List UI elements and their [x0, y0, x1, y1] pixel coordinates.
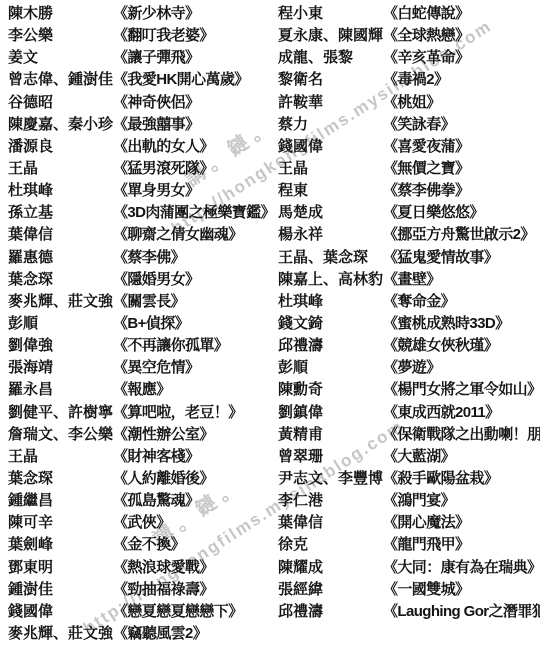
film-title: 《蔡李佛》: [113, 247, 185, 269]
director-name: 葉劍峰: [0, 534, 113, 556]
film-title: 《猛鬼愛情故事》: [383, 247, 498, 269]
film-title: 《神奇俠侶》: [113, 92, 199, 114]
director-name: 鍾澍佳: [0, 579, 113, 601]
director-name: 杜琪峰: [270, 291, 383, 313]
director-name: 麥兆輝、莊文強: [0, 623, 113, 645]
list-item: 葉劍峰《金不換》: [0, 534, 270, 556]
list-item: 陳勳奇《楊門女將之軍令如山》: [270, 379, 540, 401]
list-item: 羅永昌《報應》: [0, 379, 270, 401]
director-name: 張經緯: [270, 579, 383, 601]
film-list-column-right: 程小東《白蛇傳說》夏永康、陳國輝《全球熱戀》成龍、張黎《辛亥革命》黎衛名《毒禍2…: [270, 3, 540, 645]
film-title: 《孤島驚魂》: [113, 490, 199, 512]
film-title: 《潮性辦公室》: [113, 424, 214, 446]
director-name: 孫立基: [0, 202, 113, 224]
director-name: 葉偉信: [270, 512, 383, 534]
list-item: 潘源良《出軌的女人》: [0, 136, 270, 158]
director-name: 鄧東明: [0, 557, 113, 579]
film-list-document: 陳木勝《新少林寺》李公樂《翻叮我老婆》姜文《讓子彈飛》曾志偉、鍾澍佳《我愛HK開…: [0, 3, 540, 645]
film-title: 《鴻門宴》: [383, 490, 455, 512]
director-name: 許鞍華: [270, 92, 383, 114]
list-item: 徐克《龍門飛甲》: [270, 534, 540, 556]
film-title: 《大同：康有為在瑞典》: [383, 557, 540, 579]
director-name: 錢文錡: [270, 313, 383, 335]
list-item: 夏永康、陳國輝《全球熱戀》: [270, 25, 540, 47]
film-title: 《畫壁》: [383, 269, 441, 291]
director-name: 陳可辛: [0, 512, 113, 534]
list-item: 程東《蔡李佛拳》: [270, 180, 540, 202]
director-name: 楊永祥: [270, 224, 383, 246]
director-name: 葉偉信: [0, 224, 113, 246]
film-title: 《我愛HK開心萬歲》: [113, 69, 249, 91]
list-item: 李仁港《鴻門宴》: [270, 490, 540, 512]
list-item: 黃精甫《保衛戰隊之出動喇！朋友！》: [270, 424, 540, 446]
director-name: 黎衛名: [270, 69, 383, 91]
film-title: 《異空危情》: [113, 357, 199, 379]
director-name: 蔡力: [270, 114, 383, 136]
film-title: 《不再讓你孤單》: [113, 335, 228, 357]
director-name: 馬楚成: [270, 202, 383, 224]
list-item: 王晶《財神客棧》: [0, 446, 270, 468]
list-item: 蔡力《笑詠春》: [270, 114, 540, 136]
director-name: 錢國偉: [270, 136, 383, 158]
director-name: 錢國偉: [0, 601, 113, 623]
list-item: 程小東《白蛇傳說》: [270, 3, 540, 25]
film-title: 《殺手歐陽盆栽》: [383, 468, 498, 490]
list-item: 劉鎮偉《東成西就2011》: [270, 402, 540, 424]
list-item: 錢國偉《喜愛夜蒲》: [270, 136, 540, 158]
film-title: 《笑詠春》: [383, 114, 455, 136]
list-item: 尹志文、李豐博《殺手歐陽盆栽》: [270, 468, 540, 490]
film-title: 《人約離婚後》: [113, 468, 214, 490]
director-name: 詹瑞文、李公樂: [0, 424, 113, 446]
film-title: 《挪亞方舟驚世啟示2》: [383, 224, 535, 246]
director-name: 杜琪峰: [0, 180, 113, 202]
film-title: 《全球熱戀》: [383, 25, 469, 47]
director-name: 葉念琛: [0, 269, 113, 291]
director-name: 潘源良: [0, 136, 113, 158]
film-title: 《夢遊》: [383, 357, 441, 379]
director-name: 王晶: [0, 158, 113, 180]
film-title: 《東成西就2011》: [383, 402, 500, 424]
film-title: 《Laughing Gor之潛罪犯》: [383, 601, 540, 623]
list-item: 葉念琛《人約離婚後》: [0, 468, 270, 490]
film-title: 《無價之寶》: [383, 158, 469, 180]
director-name: 李仁港: [270, 490, 383, 512]
director-name: 羅惠德: [0, 247, 113, 269]
film-title: 《猛男滾死隊》: [113, 158, 214, 180]
film-list-column-left: 陳木勝《新少林寺》李公樂《翻叮我老婆》姜文《讓子彈飛》曾志偉、鍾澍佳《我愛HK開…: [0, 3, 270, 645]
film-title: 《勁抽福祿壽》: [113, 579, 214, 601]
list-item: 曾翠珊《大藍湖》: [270, 446, 540, 468]
film-title: 《楊門女將之軍令如山》: [383, 379, 540, 401]
list-item: 彭順《B+偵探》: [0, 313, 270, 335]
list-item: 劉偉強《不再讓你孤單》: [0, 335, 270, 357]
film-title: 《奪命金》: [383, 291, 455, 313]
film-title: 《翻叮我老婆》: [113, 25, 214, 47]
film-title: 《大藍湖》: [383, 446, 455, 468]
list-item: 張經緯《一國雙城》: [270, 579, 540, 601]
list-item: 杜琪峰《奪命金》: [270, 291, 540, 313]
film-title: 《武俠》: [113, 512, 171, 534]
director-name: 王晶: [270, 158, 383, 180]
director-name: 曾翠珊: [270, 446, 383, 468]
director-name: 尹志文、李豐博: [270, 468, 383, 490]
director-name: 邱禮濤: [270, 601, 383, 623]
list-item: 羅惠德《蔡李佛》: [0, 247, 270, 269]
director-name: 羅永昌: [0, 379, 113, 401]
list-item: 王晶《無價之寶》: [270, 158, 540, 180]
director-name: 陳耀成: [270, 557, 383, 579]
director-name: 劉健平、許樹寧: [0, 402, 113, 424]
film-title: 《3D肉蒲團之極樂寶鑑》: [113, 202, 275, 224]
list-item: 葉念琛《隱婚男女》: [0, 269, 270, 291]
film-title: 《金不換》: [113, 534, 185, 556]
list-item: 陳可辛《武俠》: [0, 512, 270, 534]
director-name: 陳嘉上、高林豹: [270, 269, 383, 291]
list-item: 麥兆輝、莊文強《關雲長》: [0, 291, 270, 313]
film-title: 《報應》: [113, 379, 171, 401]
director-name: 黃精甫: [270, 424, 383, 446]
list-item: 邱禮濤《Laughing Gor之潛罪犯》: [270, 601, 540, 623]
director-name: 程東: [270, 180, 383, 202]
list-item: 彭順《夢遊》: [270, 357, 540, 379]
film-title: 《蜜桃成熟時33D》: [383, 313, 510, 335]
director-name: 陳勳奇: [270, 379, 383, 401]
list-item: 詹瑞文、李公樂《潮性辦公室》: [0, 424, 270, 446]
film-title: 《竊聽風雲2》: [113, 623, 207, 645]
list-item: 葉偉信《聊齋之倩女幽魂》: [0, 224, 270, 246]
director-name: 徐克: [270, 534, 383, 556]
list-item: 許鞍華《桃姐》: [270, 92, 540, 114]
film-title: 《保衛戰隊之出動喇！朋友！》: [383, 424, 540, 446]
list-item: 谷德昭《神奇俠侶》: [0, 92, 270, 114]
film-title: 《龍門飛甲》: [383, 534, 469, 556]
film-title: 《蔡李佛拳》: [383, 180, 469, 202]
list-item: 姜文《讓子彈飛》: [0, 47, 270, 69]
list-item: 李公樂《翻叮我老婆》: [0, 25, 270, 47]
director-name: 陳木勝: [0, 3, 113, 25]
director-name: 程小東: [270, 3, 383, 25]
director-name: 彭順: [0, 313, 113, 335]
film-title: 《競雄女俠秋瑾》: [383, 335, 498, 357]
list-item: 王晶《猛男滾死隊》: [0, 158, 270, 180]
film-title: 《白蛇傳說》: [383, 3, 469, 25]
list-item: 陳木勝《新少林寺》: [0, 3, 270, 25]
list-item: 張海靖《異空危情》: [0, 357, 270, 379]
director-name: 王晶、葉念琛: [270, 247, 383, 269]
list-item: 麥兆輝、莊文強《竊聽風雲2》: [0, 623, 270, 645]
director-name: 姜文: [0, 47, 113, 69]
director-name: 劉鎮偉: [270, 402, 383, 424]
list-item: 孫立基《3D肉蒲團之極樂寶鑑》: [0, 202, 270, 224]
list-item: 陳慶嘉、秦小珍《最強囍事》: [0, 114, 270, 136]
director-name: 夏永康、陳國輝: [270, 25, 383, 47]
director-name: 李公樂: [0, 25, 113, 47]
film-title: 《桃姐》: [383, 92, 441, 114]
list-item: 成龍、張黎《辛亥革命》: [270, 47, 540, 69]
director-name: 麥兆輝、莊文強: [0, 291, 113, 313]
list-item: 鍾澍佳《勁抽福祿壽》: [0, 579, 270, 601]
film-title: 《讓子彈飛》: [113, 47, 199, 69]
film-title: 《辛亥革命》: [383, 47, 469, 69]
list-item: 馬楚成《夏日樂悠悠》: [270, 202, 540, 224]
director-name: 張海靖: [0, 357, 113, 379]
film-title: 《熱浪球愛戰》: [113, 557, 214, 579]
director-name: 葉念琛: [0, 468, 113, 490]
film-title: 《財神客棧》: [113, 446, 199, 468]
film-title: 《聊齋之倩女幽魂》: [113, 224, 243, 246]
list-item: 錢文錡《蜜桃成熟時33D》: [270, 313, 540, 335]
list-item: 陳嘉上、高林豹《畫壁》: [270, 269, 540, 291]
director-name: 谷德昭: [0, 92, 113, 114]
film-title: 《一國雙城》: [383, 579, 469, 601]
director-name: 曾志偉、鍾澍佳: [0, 69, 113, 91]
film-title: 《出軌的女人》: [113, 136, 214, 158]
film-title: 《單身男女》: [113, 180, 199, 202]
list-item: 王晶、葉念琛《猛鬼愛情故事》: [270, 247, 540, 269]
film-title: 《關雲長》: [113, 291, 185, 313]
list-item: 楊永祥《挪亞方舟驚世啟示2》: [270, 224, 540, 246]
film-title: 《夏日樂悠悠》: [383, 202, 484, 224]
list-item: 黎衛名《毒禍2》: [270, 69, 540, 91]
film-title: 《最強囍事》: [113, 114, 199, 136]
film-title: 《開心魔法》: [383, 512, 469, 534]
film-title: 《戀夏戀夏戀戀下》: [113, 601, 243, 623]
list-item: 錢國偉《戀夏戀夏戀戀下》: [0, 601, 270, 623]
list-item: 鄧東明《熱浪球愛戰》: [0, 557, 270, 579]
director-name: 鍾繼昌: [0, 490, 113, 512]
film-title: 《喜愛夜蒲》: [383, 136, 469, 158]
list-item: 杜琪峰《單身男女》: [0, 180, 270, 202]
list-item: 邱禮濤《競雄女俠秋瑾》: [270, 335, 540, 357]
list-item: 劉健平、許樹寧《算吧啦，老豆！》: [0, 402, 270, 424]
film-title: 《新少林寺》: [113, 3, 199, 25]
film-title: 《毒禍2》: [383, 69, 448, 91]
list-item: 葉偉信《開心魔法》: [270, 512, 540, 534]
film-title: 《隱婚男女》: [113, 269, 199, 291]
list-item: 陳耀成《大同：康有為在瑞典》: [270, 557, 540, 579]
film-title: 《算吧啦，老豆！》: [113, 402, 243, 424]
director-name: 成龍、張黎: [270, 47, 383, 69]
director-name: 陳慶嘉、秦小珍: [0, 114, 113, 136]
director-name: 劉偉強: [0, 335, 113, 357]
director-name: 彭順: [270, 357, 383, 379]
director-name: 王晶: [0, 446, 113, 468]
film-title: 《B+偵探》: [113, 313, 189, 335]
director-name: 邱禮濤: [270, 335, 383, 357]
list-item: 曾志偉、鍾澍佳《我愛HK開心萬歲》: [0, 69, 270, 91]
list-item: 鍾繼昌《孤島驚魂》: [0, 490, 270, 512]
